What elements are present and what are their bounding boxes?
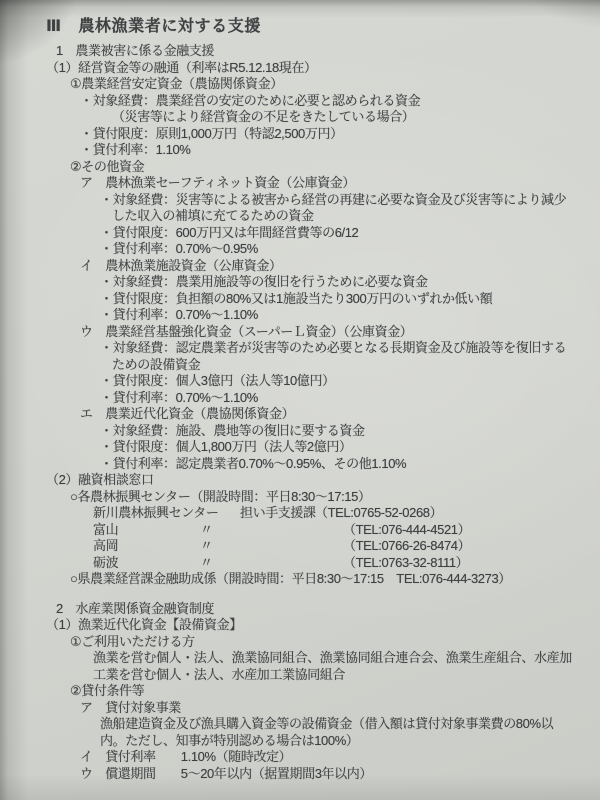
doc-line: 漁船建造資金及び漁具購入資金等の設備資金（借入額は貸付対象事業費の80%以: [0, 716, 600, 733]
phone-row-role: 〃: [200, 522, 213, 539]
doc-line: ・対象経費：農業経営の安定のために必要と認められる資金: [0, 93, 600, 110]
doc-line: ための設備資金: [0, 357, 600, 374]
doc-line: （1）漁業近代化資金【設備資金】: [0, 617, 600, 634]
phone-row-tel: （TEL:0763-32-8111）: [343, 555, 468, 572]
doc-line: ・貸付限度：負担額の80%又は1施設当たり300万円のいずれか低い額: [0, 291, 600, 308]
doc-line: ・対象経費：認定農業者が災害等のため必要となる長期資金及び施設等を復旧する: [0, 340, 600, 357]
document-body: Ⅲ 農林漁業者に対する支援1 農業被害に係る金融支援（1）経営資金等の融通（利率…: [0, 0, 600, 782]
doc-line: ・貸付利率：1.10%: [0, 142, 600, 159]
doc-line: ウ 農業経営基盤強化資金（スーパーＬ資金）（公庫資金）: [0, 324, 600, 341]
doc-line: 工業を営む個人・法人、水産加工業協同組合: [0, 667, 600, 684]
phone-row-role: 担い手支援課: [240, 505, 316, 522]
doc-line: ・貸付利率：認定農業者0.70%～0.95%、その他1.10%: [0, 456, 600, 473]
phone-row-name: 高岡: [93, 538, 118, 555]
doc-line: （2）融資相談窓口: [0, 472, 600, 489]
doc-line: ○各農林振興センター（開設時間：平日8:30～17:15）: [0, 489, 600, 506]
phone-row: 新川農林振興センター担い手支援課（TEL:0765-52-0268）: [0, 505, 600, 522]
doc-line: した収入の補填に充てるための資金: [0, 208, 600, 225]
doc-line: ・貸付限度：600万円又は年間経営費等の6/12: [0, 225, 600, 242]
doc-line: 漁業を営む個人・法人、漁業協同組合、漁業協同組合連合会、漁業生産組合、水産加: [0, 650, 600, 667]
phone-row-tel: （TEL:0766-26-8474）: [343, 538, 470, 555]
phone-row-tel: （TEL:0765-52-0268）: [315, 505, 442, 522]
doc-line: （災害等により経営資金の不足をきたしている場合）: [0, 109, 600, 126]
doc-line: 1 農業被害に係る金融支援: [0, 43, 600, 60]
doc-line: ・対象経費：災害等による被害から経営の再建に必要な資金及び災害等により減少: [0, 192, 600, 209]
phone-row: 砺波〃（TEL:0763-32-8111）: [0, 555, 600, 572]
phone-row-name: 新川農林振興センター: [93, 505, 218, 522]
photographed-document: Ⅲ 農林漁業者に対する支援1 農業被害に係る金融支援（1）経営資金等の融通（利率…: [0, 0, 600, 800]
doc-line: ウ 償還期間 5～20年以内（据置期間3年以内）: [0, 766, 600, 783]
doc-line: ・貸付限度：個人1,800万円（法人等2億円）: [0, 439, 600, 456]
phone-row-name: 富山: [93, 522, 118, 539]
doc-line: ・貸付利率：0.70%～0.95%: [0, 241, 600, 258]
doc-line: ア 農林漁業セーフティネット資金（公庫資金）: [0, 175, 600, 192]
doc-line: ①ご利用いただける方: [0, 634, 600, 651]
doc-line: 内。ただし、知事が特別認める場合は100%）: [0, 733, 600, 750]
phone-row-tel: （TEL:076-444-4521）: [343, 522, 470, 539]
doc-line: ・貸付利率：0.70%～1.10%: [0, 307, 600, 324]
doc-line: ・対象経費：農業用施設等の復旧を行うために必要な資金: [0, 274, 600, 291]
phone-row-role: 〃: [200, 538, 213, 555]
doc-line: イ 農林漁業施設資金（公庫資金）: [0, 258, 600, 275]
doc-line: 2 水産業関係資金融資制度: [0, 601, 600, 618]
doc-line: ・貸付限度：原則1,000万円（特認2,500万円）: [0, 126, 600, 143]
doc-line: ○県農業経営課金融助成係（開設時間：平日8:30～17:15 TEL:076-4…: [0, 571, 600, 588]
doc-line: エ 農業近代化資金（農協関係資金）: [0, 406, 600, 423]
doc-line: ①農業経営安定資金（農協関係資金）: [0, 76, 600, 93]
document-title: Ⅲ 農林漁業者に対する支援: [0, 13, 600, 43]
doc-line: ・貸付限度：個人3億円（法人等10億円）: [0, 373, 600, 390]
doc-line: （1）経営資金等の融通（利率はR5.12.18現在）: [0, 60, 600, 77]
doc-line: ・対象経費：施設、農地等の復旧に要する資金: [0, 423, 600, 440]
doc-line: ②貸付条件等: [0, 683, 600, 700]
doc-line: ②その他資金: [0, 159, 600, 176]
phone-row: 富山〃（TEL:076-444-4521）: [0, 522, 600, 539]
phone-row: 高岡〃（TEL:0766-26-8474）: [0, 538, 600, 555]
doc-line: イ 貸付利率 1.10%（随時改定）: [0, 749, 600, 766]
phone-row-name: 砺波: [93, 555, 118, 572]
phone-row-role: 〃: [200, 555, 213, 572]
doc-line: ア 貸付対象事業: [0, 700, 600, 717]
doc-line: ・貸付利率：0.70%～1.10%: [0, 390, 600, 407]
